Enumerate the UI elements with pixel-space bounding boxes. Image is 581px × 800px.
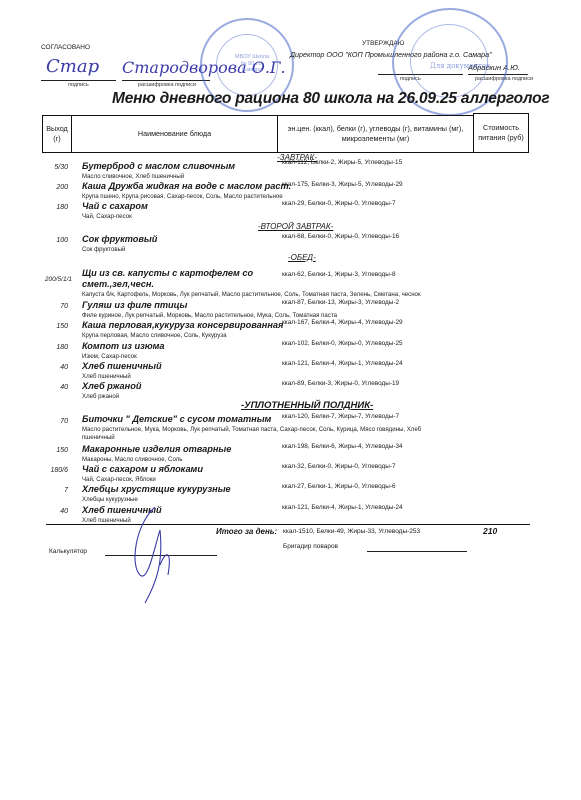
signature-caption: подпись bbox=[68, 82, 89, 88]
item-ingredients: Чай, Сахар-песок bbox=[82, 213, 132, 220]
item-ingredients: Макароны, Масло сливочное, Соль bbox=[82, 456, 182, 463]
item-output: 180/6 bbox=[30, 467, 68, 474]
item-nutrition: ккал-120, Белки-7, Жиры-7, Углеводы-7 bbox=[282, 413, 399, 420]
page-title: Меню дневного рациона 80 школа на 26.09.… bbox=[112, 90, 549, 108]
item-name: Компот из изюма bbox=[82, 341, 165, 351]
calculator-signature bbox=[130, 505, 190, 605]
item-ingredients: Капуста б/к, Картофель, Морковь, Лук реп… bbox=[82, 291, 421, 298]
total-nutrition: ккал-1510, Белки-49, Жиры-33, Углеводы-2… bbox=[283, 528, 420, 535]
item-ingredients: Масло растительное, Мука, Морковь, Лук р… bbox=[82, 426, 421, 433]
item-name-cont: смет.,зел,чесн. bbox=[82, 279, 154, 289]
approved-label: СОГЛАСОВАНО bbox=[41, 44, 90, 51]
total-cost: 210 bbox=[483, 526, 497, 536]
item-ingredients: Масло сливочное, Хлеб пшеничный bbox=[82, 173, 184, 180]
item-name: Хлеб пшеничный bbox=[82, 361, 162, 371]
total-label: Итого за день: bbox=[216, 527, 277, 536]
item-nutrition: ккал-167, Белки-4, Жиры-4, Углеводы-29 bbox=[282, 319, 403, 326]
item-output: 70 bbox=[30, 303, 68, 310]
item-nutrition: ккал-29, Белки-0, Жиры-0, Углеводы-7 bbox=[282, 200, 396, 207]
item-ingredients: Сок фруктовый bbox=[82, 246, 125, 253]
item-nutrition: ккал-175, Белки-3, Жиры-5, Углеводы-29 bbox=[282, 181, 403, 188]
item-nutrition: ккал-121, Белки-4, Жиры-1, Углеводы-24 bbox=[282, 360, 403, 367]
item-name: Щи из св. капусты с картофелем со bbox=[82, 268, 253, 278]
item-nutrition: ккал-87, Белки-13, Жиры-3, Углеводы-2 bbox=[282, 299, 399, 306]
item-output: 100 bbox=[30, 237, 68, 244]
item-name: Бутерброд с маслом сливочным bbox=[82, 161, 235, 171]
item-name: Хлебцы хрустящие кукурузные bbox=[82, 484, 231, 494]
item-output: 150 bbox=[30, 447, 68, 454]
item-nutrition: ккал-198, Белки-6, Жиры-4, Углеводы-34 bbox=[282, 443, 403, 450]
item-name: Чай с сахаром и яблоками bbox=[82, 464, 203, 474]
item-ingredients: Крупа перловая, Масло сливочное, Соль, К… bbox=[82, 332, 226, 339]
item-output: 7 bbox=[30, 487, 68, 494]
header-output: Выход (г) bbox=[42, 115, 72, 153]
item-ingredients: Крупа пшено, Крупа рисовая, Сахар-песок,… bbox=[82, 193, 283, 200]
total-divider bbox=[46, 524, 530, 525]
item-nutrition: ккал-32, Белки-0, Жиры-0, Углеводы-7 bbox=[282, 463, 396, 470]
item-nutrition: ккал-121, Белки-4, Жиры-1, Углеводы-24 bbox=[282, 504, 403, 511]
section-lunch: -ОБЕД- bbox=[288, 253, 316, 262]
item-ingredients: Чай, Сахар-песок, Яблоки bbox=[82, 476, 156, 483]
item-output: 200 bbox=[30, 184, 68, 191]
item-output: 40 bbox=[30, 364, 68, 371]
item-name: Каша перловая,кукуруза консервированная bbox=[82, 320, 283, 330]
item-nutrition: ккал-27, Белки-1, Жиры-0, Углеводы-6 bbox=[282, 483, 396, 490]
item-nutrition: ккал-112, Белки-2, Жиры-5, Углеводы-15 bbox=[282, 159, 402, 166]
item-output: 180 bbox=[30, 204, 68, 211]
item-name: Биточки " Детские" с сусом томатным bbox=[82, 414, 271, 424]
section-afternoon-snack: -УПЛОТНЕННЫЙ ПОЛДНИК- bbox=[241, 400, 373, 411]
chef-label: Бригадир поваров bbox=[283, 543, 338, 550]
item-ingredients: Изюм, Сахар-песок bbox=[82, 353, 137, 360]
item-nutrition: ккал-102, Белки-0, Жиры-0, Углеводы-25 bbox=[282, 340, 403, 347]
section-second-breakfast: -ВТОРОЙ ЗАВТРАК- bbox=[258, 222, 333, 231]
signature-left: Стар bbox=[46, 56, 99, 77]
item-output: 5/30 bbox=[30, 164, 68, 171]
signature-line bbox=[41, 80, 116, 81]
item-name: Хлеб ржаной bbox=[82, 381, 141, 391]
item-nutrition: ккал-68, Белки-0, Жиры-0, Углеводы-16 bbox=[282, 233, 399, 240]
item-name: Сок фруктовый bbox=[82, 234, 157, 244]
item-ingredients: Хлеб пшеничный bbox=[82, 517, 131, 524]
item-output: 40 bbox=[30, 384, 68, 391]
item-ingredients: Филе куриное, Лук репчатый, Морковь, Мас… bbox=[82, 312, 337, 319]
header-cost: Стоимость питания (руб) bbox=[473, 113, 529, 153]
name-caption: расшифровка подписи bbox=[138, 82, 196, 88]
item-name: Макаронные изделия отварные bbox=[82, 444, 231, 454]
chef-sign-line bbox=[367, 551, 467, 552]
item-ingredients: Хлебцы кукурузные bbox=[82, 496, 138, 503]
header-dish-name: Наименование блюда bbox=[71, 115, 278, 153]
item-name: Гуляш из филе птицы bbox=[82, 300, 187, 310]
item-output: 150 bbox=[30, 323, 68, 330]
item-ingredients: Хлеб пшеничный bbox=[82, 373, 131, 380]
name-line bbox=[122, 80, 210, 81]
item-nutrition: ккал-62, Белки-1, Жиры-3, Углеводы-8 bbox=[282, 271, 396, 278]
item-output: 40 bbox=[30, 508, 68, 515]
item-ingredients-cont: пшеничный bbox=[82, 434, 115, 441]
item-name: Чай с сахаром bbox=[82, 201, 148, 211]
item-output: 70 bbox=[30, 418, 68, 425]
item-output: 180 bbox=[30, 344, 68, 351]
header-nutrition: эн.цен. (ккал), белки (г), углеводы (г),… bbox=[277, 115, 474, 153]
calculator-label: Калькулятор bbox=[49, 548, 87, 555]
item-output: 200/5/1/1 bbox=[30, 276, 72, 283]
item-ingredients: Хлеб ржаной bbox=[82, 393, 119, 400]
item-nutrition: ккал-89, Белки-3, Жиры-0, Углеводы-19 bbox=[282, 380, 399, 387]
item-name: Каша Дружба жидкая на воде с маслом раст… bbox=[82, 181, 291, 191]
